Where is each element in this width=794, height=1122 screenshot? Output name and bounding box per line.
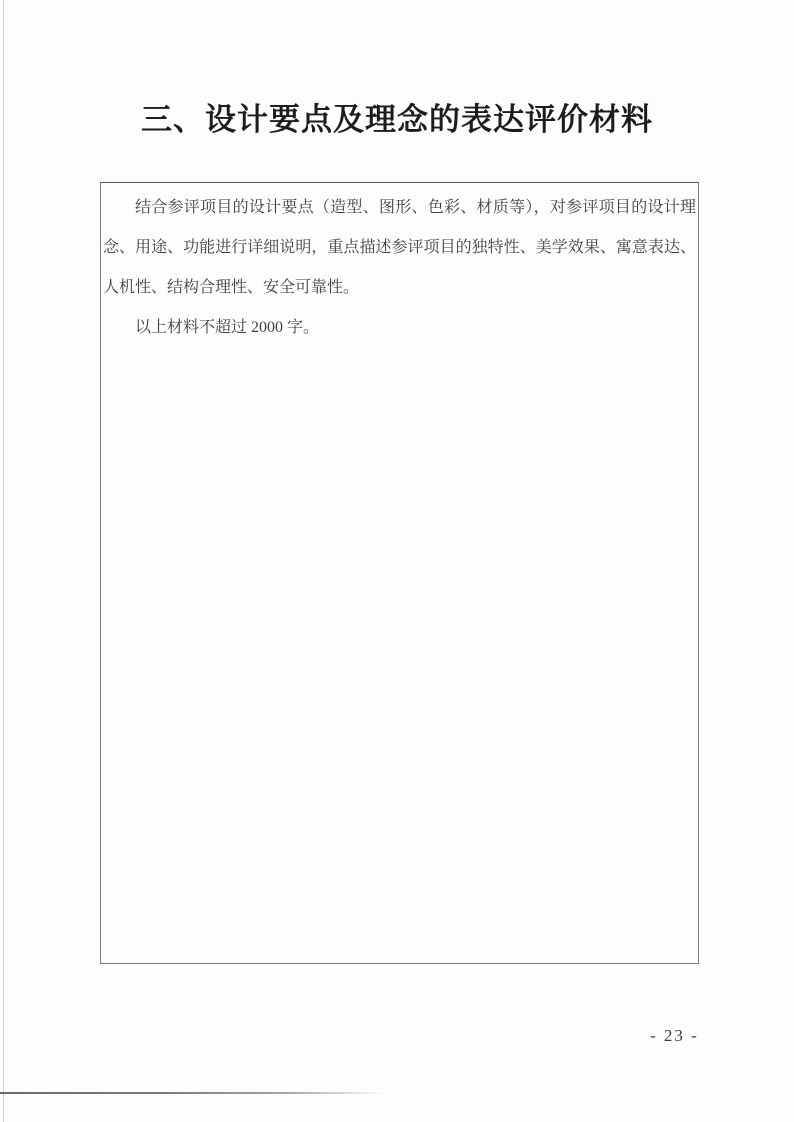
page-title: 三、设计要点及理念的表达评价材料 [0,102,794,138]
content-box: 结合参评项目的设计要点（造型、图形、色彩、材质等），对参评项目的设计理念、用途、… [100,182,699,964]
page-number: - 23 - [650,1026,699,1046]
document-page: 三、设计要点及理念的表达评价材料 结合参评项目的设计要点（造型、图形、色彩、材质… [0,0,794,1122]
scan-artifact-left-edge [3,0,4,1122]
body-paragraph-word-limit: 以上材料不超过 2000 字。 [103,308,696,348]
scan-artifact-bottom-edge [0,1092,385,1094]
body-paragraph-instructions: 结合参评项目的设计要点（造型、图形、色彩、材质等），对参评项目的设计理念、用途、… [103,188,696,308]
